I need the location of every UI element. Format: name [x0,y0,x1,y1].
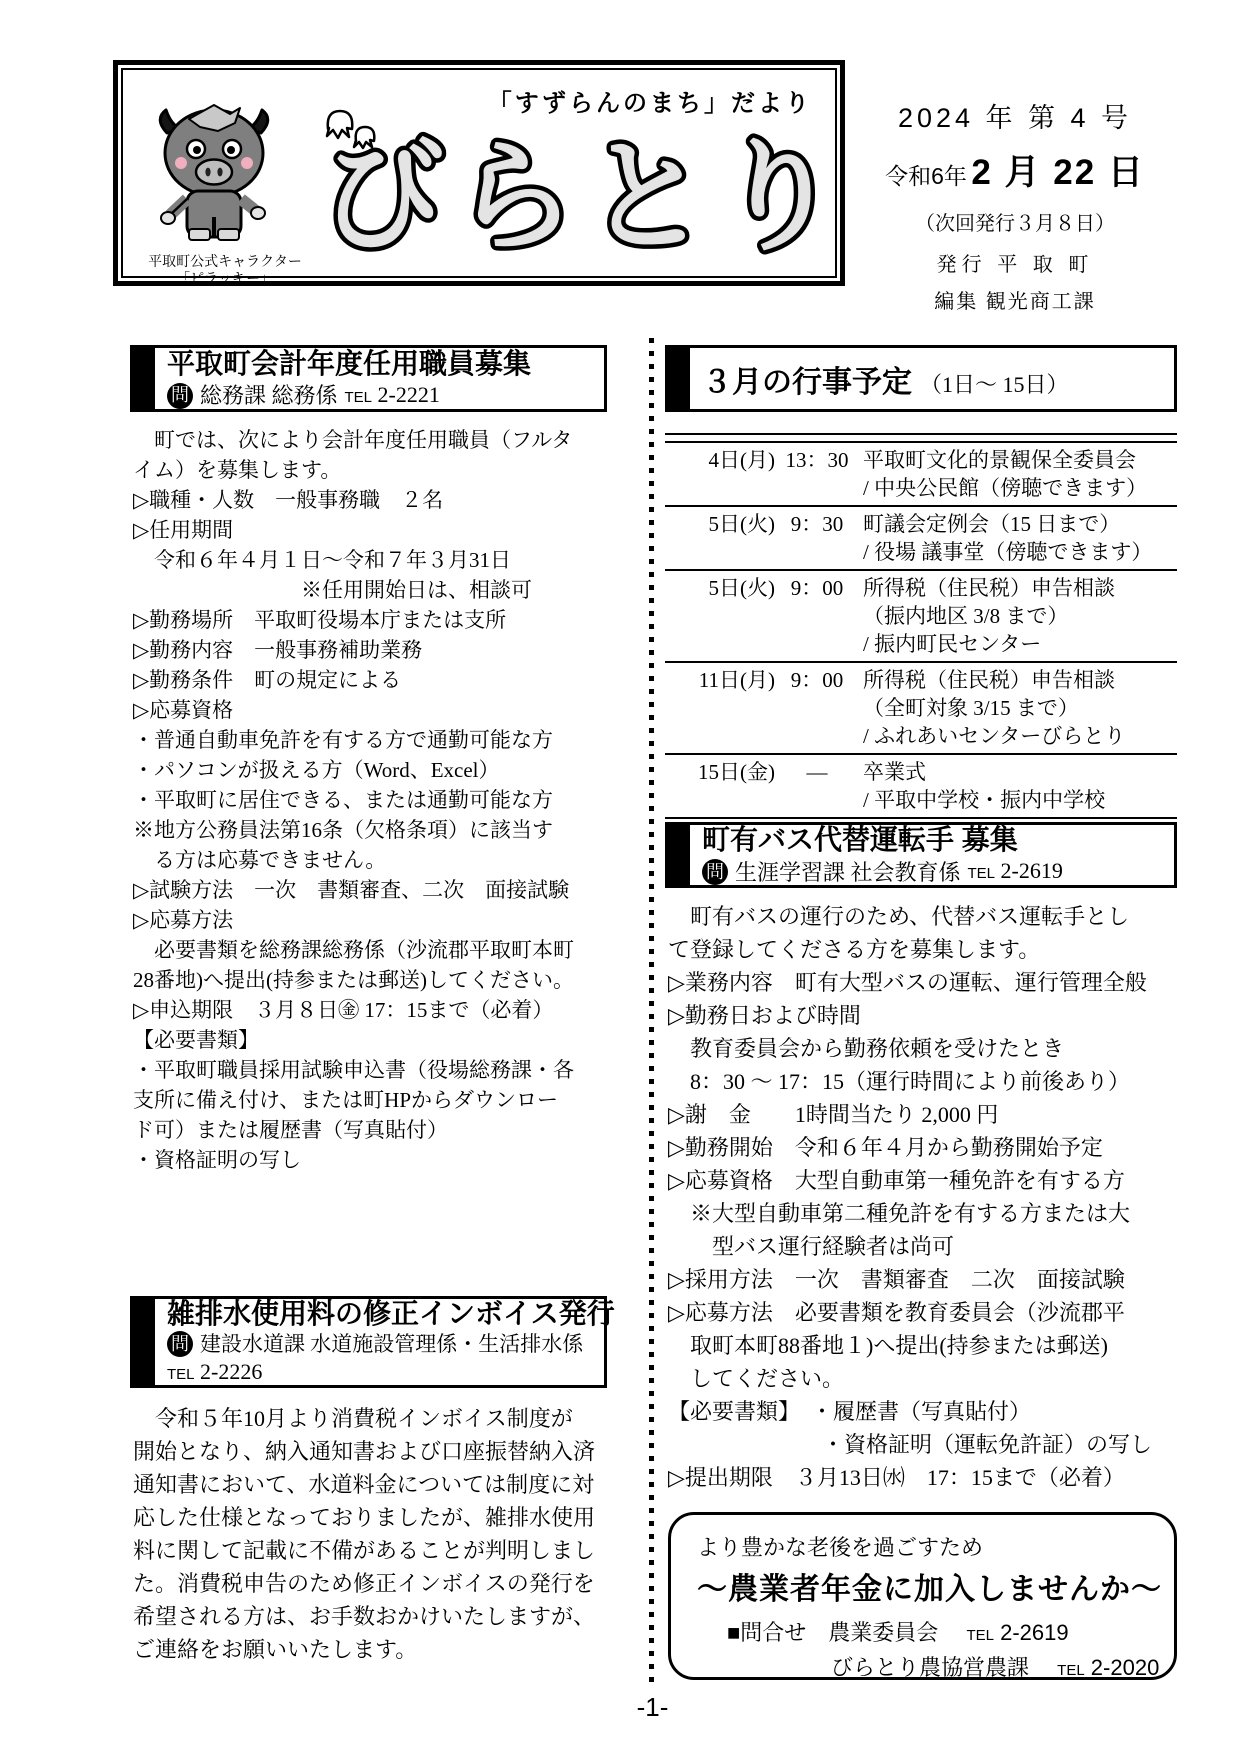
schedule-desc-line: 町議会定例会（15 日まで） [863,510,1177,538]
schedule-desc-line: 平取町文化的景観保全委員会 [863,446,1177,474]
pension-contact-text: びらとり農協営農課 [831,1655,1029,1680]
schedule-date: 5日(火) [665,574,775,658]
section-header-content: ３月の行事予定 （1日～ 15日） [690,348,1174,409]
mascot-caption-line2: 「ピラッキー」 [120,270,330,287]
pension-contact-1: ■問合せ 農業委員会 TEL 2-2619 [697,1616,1156,1647]
contact-tel: TEL 2-2020 [1035,1655,1159,1680]
section-title: 町有バス代替運転手 募集 [702,823,1166,857]
section-body-invoice: 令和５年10月より消費税インボイス制度が開始となり、納入通知書および口座振替納入… [133,1402,611,1666]
text-line: ・パソコンが扱える方（Word、Excel） [133,755,611,785]
text-line: ▷任用期間 [133,515,611,545]
schedule-row: 5日(火)9：00所得税（住民税）申告相談（振内地区 3/8 まで）/ 振内町民… [665,571,1177,663]
issue-number: 2024 年 第 4 号 [865,96,1165,135]
mascot-illustration [134,99,294,262]
newsletter-title-art: びらとり [308,109,848,279]
schedule-desc: 所得税（住民税）申告相談（全町対象 3/15 まで）/ ふれあいセンターびらとり [859,666,1177,750]
contact-text: 総務課 総務係 [200,382,338,409]
section-header-content: 雑排水使用料の修正インボイス発行 問 建設水道課 水道施設管理係・生活排水係 T… [155,1299,604,1385]
text-line: 町有バスの運行のため、代替バス運転手とし [668,900,1180,933]
pension-contact-text: ■問合せ 農業委員会 [727,1620,938,1645]
text-line: ▷職種・人数 一般事務職 ２名 [133,485,611,515]
text-line: ▷試験方法 一次 書類審査、二次 面接試験 [133,875,611,905]
pension-lead: より豊かな老後を過ごすため [697,1531,1156,1562]
contact-tel: TEL 2-2221 [345,381,440,411]
tel-number: 2-2619 [1000,1620,1069,1645]
schedule-desc-line: （全町対象 3/15 まで） [863,694,1177,722]
schedule-desc: 町議会定例会（15 日まで）/ 役場 議事堂（傍聴できます） [859,510,1177,566]
inquiry-icon: 問 [167,1331,193,1357]
schedule-time: 9：00 [775,666,859,750]
text-line: ▷採用方法 一次 書類審査 二次 面接試験 [668,1263,1180,1296]
text-line: 8：30 ～ 17：15（運行時間により前後あり） [668,1065,1180,1098]
text-line: 希望される方は、お手数おかけいたしますが、 [133,1600,611,1633]
publisher-line: 発行 平 取 町 [865,248,1165,277]
section-header-invoice: 雑排水使用料の修正インボイス発行 問 建設水道課 水道施設管理係・生活排水係 T… [130,1296,607,1388]
text-line: 支所に備え付け、または町HPからダウンロー [133,1085,611,1115]
text-line: 必要書類を総務課総務係（沙流郡平取町本町 [133,935,611,965]
schedule-time: 9：00 [775,574,859,658]
section-body-bus-driver: 町有バスの運行のため、代替バス運転手として登録してくださる方を募集します。▷業務… [668,900,1180,1494]
text-line: ▷勤務開始 令和６年４月から勤務開始予定 [668,1131,1180,1164]
schedule-table-area: 4日(月)13：30平取町文化的景観保全委員会/ 中央公民館（傍聴できます）5日… [665,433,1177,819]
issue-date-big: 2 月 22 日 [971,153,1145,192]
text-line: ▷提出期限 ３月13日㈬ 17：15まで（必着） [668,1461,1180,1494]
text-line: 教育委員会から勤務依頼を受けたとき [668,1032,1180,1065]
section-body-recruitment: 町では、次により会計年度任用職員（フルタイム）を募集します。▷職種・人数 一般事… [133,425,611,1175]
masthead-box: 「すずらんのまち」だより [113,60,845,286]
text-line: 28番地)へ提出(持参または郵送)してください。 [133,965,611,995]
pension-promo-box: より豊かな老後を過ごすため ～農業者年金に加入しませんか～ ■問合せ 農業委員会… [668,1512,1177,1680]
issue-date: 令和6年 2 月 22 日 [865,145,1165,195]
text-line: ▷業務内容 町有大型バスの運転、運行管理全般 [668,966,1180,999]
issue-date-era: 令和6年 [885,163,967,189]
mascot-icon [134,99,294,257]
column-divider [649,338,654,1690]
text-line: ▷勤務日および時間 [668,999,1180,1032]
schedule-desc-line: 所得税（住民税）申告相談 [863,574,1177,602]
schedule-title: ３月の行事予定 [702,357,912,401]
schedule-desc-line: / 振内町民センター [863,630,1177,658]
text-line: て登録してくださる方を募集します。 [668,933,1180,966]
schedule-desc-line: / 役場 議事堂（傍聴できます） [863,538,1177,566]
text-line: ▷謝 金 1時間当たり 2,000 円 [668,1098,1180,1131]
schedule-table: 4日(月)13：30平取町文化的景観保全委員会/ 中央公民館（傍聴できます）5日… [665,441,1177,819]
text-line: 取町本町88番地１)へ提出(持参または郵送) [668,1329,1180,1362]
section-header-content: 町有バス代替運転手 募集 問 生涯学習課 社会教育係 TEL 2-2619 [690,825,1174,885]
schedule-time: ― [775,758,859,814]
contact-tel: TEL 2-2619 [968,857,1063,887]
text-line: ※大型自動車第二種免許を有する方または大 [668,1197,1180,1230]
text-line: ・普通自動車免許を有する方で通勤可能な方 [133,725,611,755]
text-line: 応した仕様となっておりましたが、雑排水使用 [133,1501,611,1534]
tel-label: TEL [345,389,373,406]
text-line: ※任用開始日は、相談可 [133,575,611,605]
section-title: 平取町会計年度任用職員募集 [167,347,596,381]
schedule-desc-line: 所得税（住民税）申告相談 [863,666,1177,694]
text-line: 【必要書類】 ・履歴書（写真貼付） [668,1395,1180,1428]
text-line: た。消費税申告のため修正インボイスの発行を [133,1567,611,1600]
text-line: 【必要書類】 [133,1025,611,1055]
schedule-desc-line: / 平取中学校・振内中学校 [863,786,1177,814]
text-line: ▷勤務内容 一般事務補助業務 [133,635,611,665]
text-line: ・平取町職員採用試験申込書（役場総務課・各 [133,1055,611,1085]
schedule-desc: 平取町文化的景観保全委員会/ 中央公民館（傍聴できます） [859,446,1177,502]
schedule-date: 4日(月) [665,446,775,502]
section-accent-bar [668,348,690,409]
section-header-recruitment: 平取町会計年度任用職員募集 問 総務課 総務係 TEL 2-2221 [130,345,607,412]
schedule-date: 15日(金) [665,758,775,814]
text-line: してください。 [668,1362,1180,1395]
text-line: 型バス運行経験者は尚可 [668,1230,1180,1263]
text-line: ド可）または履歴書（写真貼付） [133,1115,611,1145]
schedule-date: 5日(火) [665,510,775,566]
pension-headline: ～農業者年金に加入しませんか～ [697,1564,1156,1608]
mascot-caption: 平取町公式キャラクター 「ピラッキー」 [120,253,330,287]
schedule-desc-line: / ふれあいセンターびらとり [863,722,1177,750]
section-title: 雑排水使用料の修正インボイス発行 [167,1297,596,1331]
inquiry-icon: 問 [167,383,193,409]
schedule-time: 13：30 [775,446,859,502]
schedule-date: 11日(月) [665,666,775,750]
section-header-schedule: ３月の行事予定 （1日～ 15日） [665,345,1177,412]
section-contact-tel-line: TEL 2-2226 [167,1358,596,1388]
schedule-desc-line: / 中央公民館（傍聴できます） [863,474,1177,502]
schedule-desc: 所得税（住民税）申告相談（振内地区 3/8 まで）/ 振内町民センター [859,574,1177,658]
tel-number: 2-2619 [1001,858,1063,883]
pension-contact-2: びらとり農協営農課 TEL 2-2020 [697,1651,1156,1682]
text-line: ▷応募方法 必要書類を教育委員会（沙流郡平 [668,1296,1180,1329]
text-line: 通知書において、水道料金については制度に対 [133,1468,611,1501]
text-line: ・資格証明の写し [133,1145,611,1175]
text-line: ※地方公務員法第16条（欠格条項）に該当す [133,815,611,845]
schedule-title-line: ３月の行事予定 （1日～ 15日） [702,357,1166,401]
contact-tel: TEL 2-2226 [167,1358,262,1388]
schedule-row: 15日(金)―卒業式/ 平取中学校・振内中学校 [665,755,1177,819]
text-line: ▷応募資格 大型自動車第一種免許を有する方 [668,1164,1180,1197]
section-contact: 問 生涯学習課 社会教育係 TEL 2-2619 [702,857,1166,887]
text-line: ・資格証明（運転免許証）の写し [668,1428,1180,1461]
inquiry-icon: 問 [702,859,728,885]
section-accent-bar [668,825,690,885]
text-line: 開始となり、納入通知書および口座振替納入済 [133,1435,611,1468]
tel-label: TEL [966,1627,994,1644]
schedule-top-rule [665,433,1177,435]
text-line: 料に関して記載に不備があることが判明しまし [133,1534,611,1567]
tel-label: TEL [1057,1662,1085,1679]
section-header-content: 平取町会計年度任用職員募集 問 総務課 総務係 TEL 2-2221 [155,348,604,409]
section-accent-bar [133,348,155,409]
tel-number: 2-2020 [1091,1655,1160,1680]
schedule-desc-line: 卒業式 [863,758,1177,786]
mascot-caption-line1: 平取町公式キャラクター [120,253,330,270]
text-line: 令和５年10月より消費税インボイス制度が [133,1402,611,1435]
tel-label: TEL [167,1366,195,1383]
next-issue-note: （次回発行３月８日） [865,207,1165,236]
contact-text: 建設水道課 水道施設管理係・生活排水係 [200,1331,583,1358]
newsletter-page: 「すずらんのまち」だより [0,0,1253,1754]
text-line: イム）を募集します。 [133,455,611,485]
schedule-desc-line: （振内地区 3/8 まで） [863,602,1177,630]
tel-number: 2-2221 [378,382,440,407]
schedule-title-range: （1日～ 15日） [920,368,1069,399]
section-contact: 問 建設水道課 水道施設管理係・生活排水係 [167,1331,596,1358]
schedule-desc: 卒業式/ 平取中学校・振内中学校 [859,758,1177,814]
text-line: ▷勤務条件 町の規定による [133,665,611,695]
text-line: 町では、次により会計年度任用職員（フルタ [133,425,611,455]
schedule-row: 4日(月)13：30平取町文化的景観保全委員会/ 中央公民館（傍聴できます） [665,443,1177,507]
section-accent-bar [133,1299,155,1385]
page-number: -1- [590,1692,715,1723]
tel-label: TEL [968,865,996,882]
issue-info-block: 2024 年 第 4 号 令和6年 2 月 22 日 （次回発行３月８日） 発行… [865,96,1165,314]
editor-line: 編集 観光商工課 [865,285,1165,314]
text-line: 令和６年４月１日～令和７年３月31日 [133,545,611,575]
contact-text: 生涯学習課 社会教育係 [735,859,961,886]
text-line: ▷勤務場所 平取町役場本庁または支所 [133,605,611,635]
schedule-time: 9：30 [775,510,859,566]
schedule-row: 5日(火)9：30町議会定例会（15 日まで）/ 役場 議事堂（傍聴できます） [665,507,1177,571]
text-line: ▷応募方法 [133,905,611,935]
tel-number: 2-2226 [200,1359,262,1384]
text-line: ▷応募資格 [133,695,611,725]
contact-tel: TEL 2-2619 [944,1620,1068,1645]
section-contact: 問 総務課 総務係 TEL 2-2221 [167,381,596,411]
newsletter-title: びらとり [322,126,848,268]
schedule-row: 11日(月)9：00所得税（住民税）申告相談（全町対象 3/15 まで）/ ふれ… [665,663,1177,755]
text-line: ご連絡をお願いいたします。 [133,1633,611,1666]
text-line: る方は応募できません。 [133,845,611,875]
text-line: ・平取町に居住できる、または通勤可能な方 [133,785,611,815]
text-line: ▷申込期限 ３月８日㊎ 17：15まで（必着） [133,995,611,1025]
section-header-bus-driver: 町有バス代替運転手 募集 問 生涯学習課 社会教育係 TEL 2-2619 [665,822,1177,888]
